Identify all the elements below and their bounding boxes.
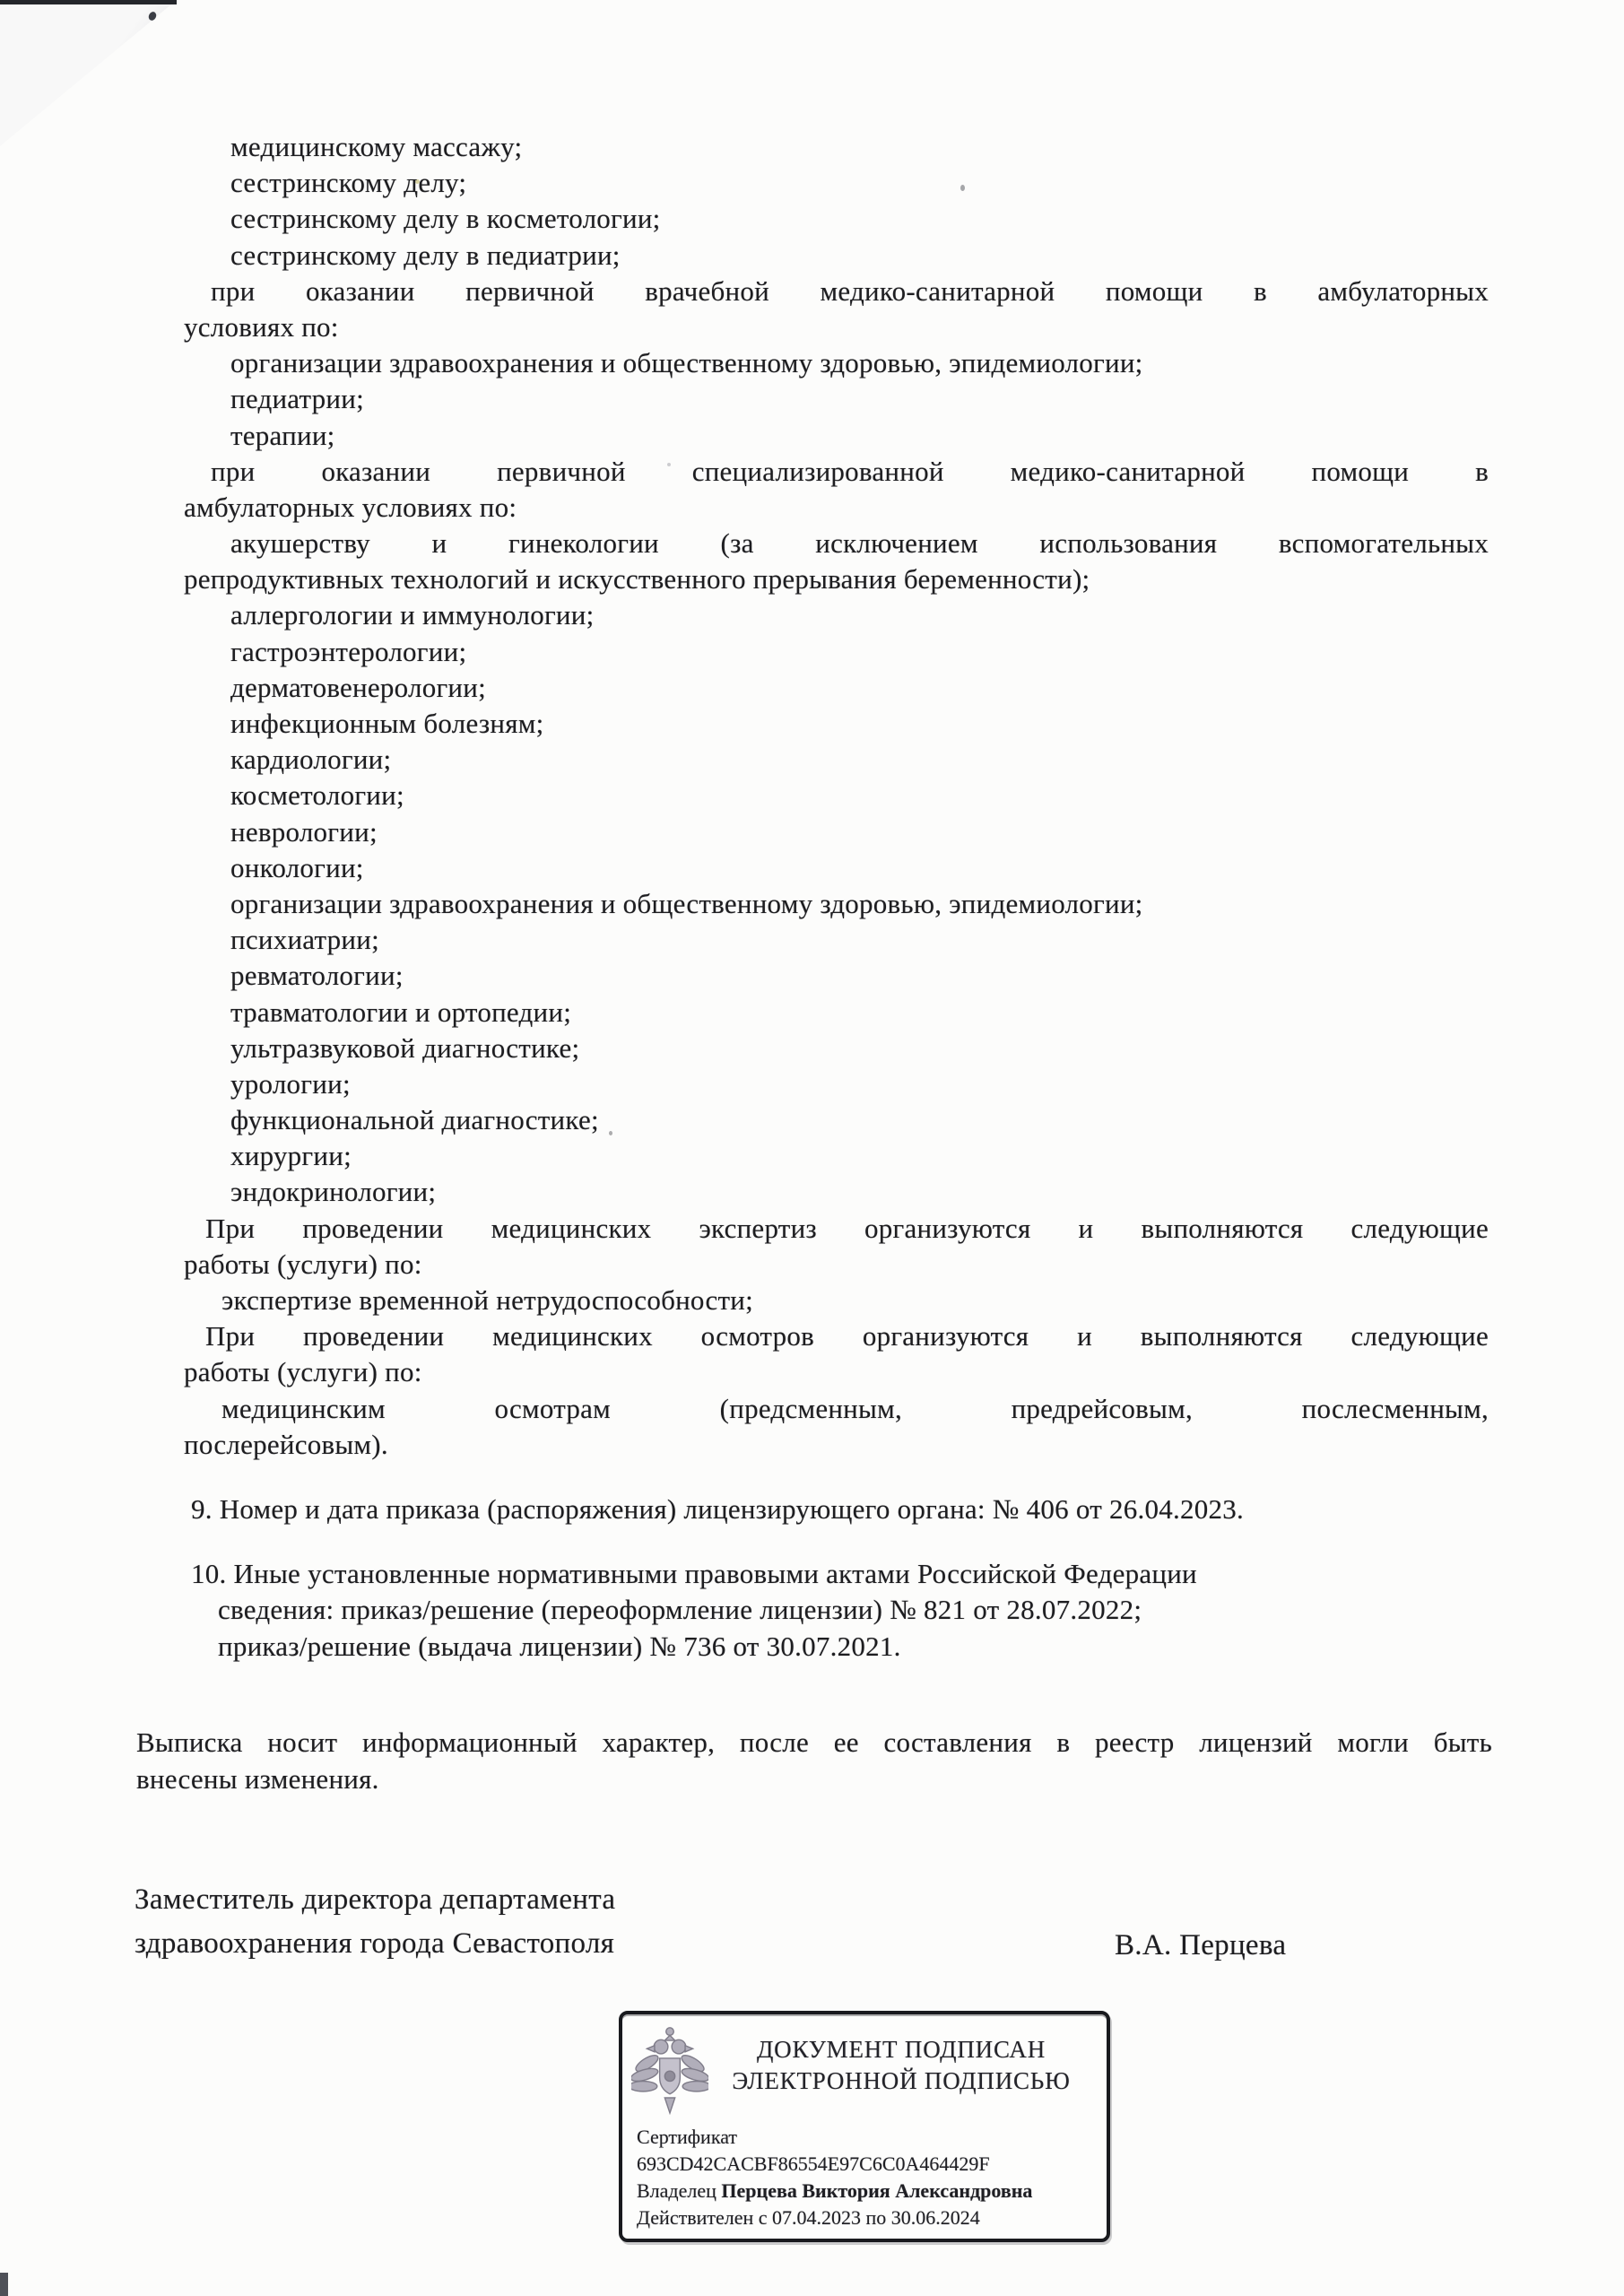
- signatory-name: В.А. Перцева: [1115, 1929, 1286, 1962]
- doc-line: медицинским осмотрам (предсменным, предр…: [184, 1391, 1489, 1427]
- doc-line: организации здравоохранения и общественн…: [184, 886, 1489, 922]
- note-line: внесены изменения.: [136, 1761, 1492, 1797]
- doc-line: работы (услуги) по:: [184, 1247, 1489, 1283]
- doc-line: косметологии;: [184, 778, 1489, 813]
- doc-line: сестринскому делу;: [184, 165, 1489, 201]
- doc-line: аллергологии и иммунологии;: [184, 597, 1489, 633]
- russian-coat-of-arms-icon: [631, 2025, 708, 2122]
- doc-line: 9. Номер и дата приказа (распоряжения) л…: [184, 1492, 1489, 1527]
- scan-top-edge-artifact: [0, 0, 177, 4]
- doc-line: при оказании первичной врачебной медико-…: [184, 274, 1489, 309]
- doc-line: акушерству и гинекологии (за исключением…: [184, 526, 1489, 561]
- doc-line: При проведении медицинских осмотров орга…: [184, 1318, 1489, 1354]
- doc-line: терапии;: [184, 418, 1489, 454]
- doc-line: урологии;: [184, 1066, 1489, 1102]
- scan-corner-fold-artifact: [0, 0, 179, 149]
- doc-line: функциональной диагностике;: [184, 1102, 1489, 1138]
- doc-line: дерматовенерологии;: [184, 670, 1489, 706]
- note-paragraph: Выписка носит информационный характер, п…: [136, 1724, 1492, 1797]
- owner-name: Перцева Виктория Александровна: [721, 2179, 1032, 2202]
- doc-line: гастроэнтерологии;: [184, 634, 1489, 670]
- doc-line: травматологии и ортопедии;: [184, 995, 1489, 1031]
- stamp-title-line: ДОКУМЕНТ ПОДПИСАН: [708, 2034, 1094, 2066]
- doc-line: инфекционным болезням;: [184, 706, 1489, 742]
- doc-line: репродуктивных технологий и искусственно…: [184, 561, 1489, 597]
- doc-line: эндокринологии;: [184, 1174, 1489, 1210]
- doc-line: 10. Иные установленные нормативными прав…: [184, 1556, 1489, 1592]
- doc-line: кардиологии;: [184, 742, 1489, 778]
- doc-line: организации здравоохранения и общественн…: [184, 345, 1489, 381]
- doc-line: сведения: приказ/решение (переоформление…: [184, 1592, 1489, 1628]
- doc-line: сестринскому делу в косметологии;: [184, 201, 1489, 237]
- certificate-label: Сертификат: [637, 2126, 737, 2148]
- doc-line: послерейсовым).: [184, 1427, 1489, 1463]
- stamp-certificate-row: Сертификат 693CD42CACBF86554E97C6C0A4644…: [637, 2124, 1092, 2178]
- certificate-value: 693CD42CACBF86554E97C6C0A464429F: [637, 2152, 990, 2175]
- doc-line: хирургии;: [184, 1138, 1489, 1174]
- stamp-validity-row: Действителен с 07.04.2023 по 30.06.2024: [637, 2205, 1092, 2231]
- stamp-details: Сертификат 693CD42CACBF86554E97C6C0A4644…: [622, 2122, 1107, 2231]
- license-works-list: медицинскому массажу;сестринскому делу;с…: [184, 129, 1489, 1665]
- stamp-header: ДОКУМЕНТ ПОДПИСАН ЭЛЕКТРОННОЙ ПОДПИСЬЮ: [622, 2014, 1107, 2122]
- doc-line: медицинскому массажу;: [184, 129, 1489, 165]
- doc-line: экспертизе временной нетрудоспособности;: [184, 1283, 1489, 1318]
- scanned-license-extract-page: медицинскому массажу;сестринскому делу;с…: [0, 0, 1624, 2296]
- stamp-title-line: ЭЛЕКТРОННОЙ ПОДПИСЬЮ: [708, 2066, 1094, 2097]
- owner-label: Владелец: [637, 2179, 716, 2202]
- digital-signature-stamp: ДОКУМЕНТ ПОДПИСАН ЭЛЕКТРОННОЙ ПОДПИСЬЮ С…: [619, 2011, 1110, 2242]
- doc-line: неврологии;: [184, 814, 1489, 850]
- doc-line: При проведении медицинских экспертиз орг…: [184, 1211, 1489, 1247]
- doc-line: онкологии;: [184, 850, 1489, 886]
- stamp-title: ДОКУМЕНТ ПОДПИСАН ЭЛЕКТРОННОЙ ПОДПИСЬЮ: [708, 2025, 1094, 2097]
- scan-bottom-edge-artifact: [0, 2273, 8, 2296]
- signatory-role: Заместитель директора департамента здрав…: [135, 1878, 816, 1966]
- doc-line: психиатрии;: [184, 922, 1489, 958]
- doc-line: при оказании первичной специализированно…: [184, 454, 1489, 490]
- doc-line: ревматологии;: [184, 958, 1489, 994]
- doc-line: сестринскому делу в педиатрии;: [184, 238, 1489, 274]
- doc-line: условиях по:: [184, 309, 1489, 345]
- doc-line: приказ/решение (выдача лицензии) № 736 о…: [184, 1629, 1489, 1665]
- signatory-role-line: Заместитель директора департамента: [135, 1878, 816, 1922]
- note-line: Выписка носит информационный характер, п…: [136, 1724, 1492, 1761]
- doc-line: ультразвуковой диагностике;: [184, 1031, 1489, 1066]
- stamp-owner-row: Владелец Перцева Виктория Александровна: [637, 2178, 1092, 2205]
- doc-line: работы (услуги) по:: [184, 1354, 1489, 1390]
- signatory-role-line: здравоохранения города Севастополя: [135, 1922, 816, 1966]
- doc-line: амбулаторных условиях по:: [184, 490, 1489, 526]
- doc-line: педиатрии;: [184, 381, 1489, 417]
